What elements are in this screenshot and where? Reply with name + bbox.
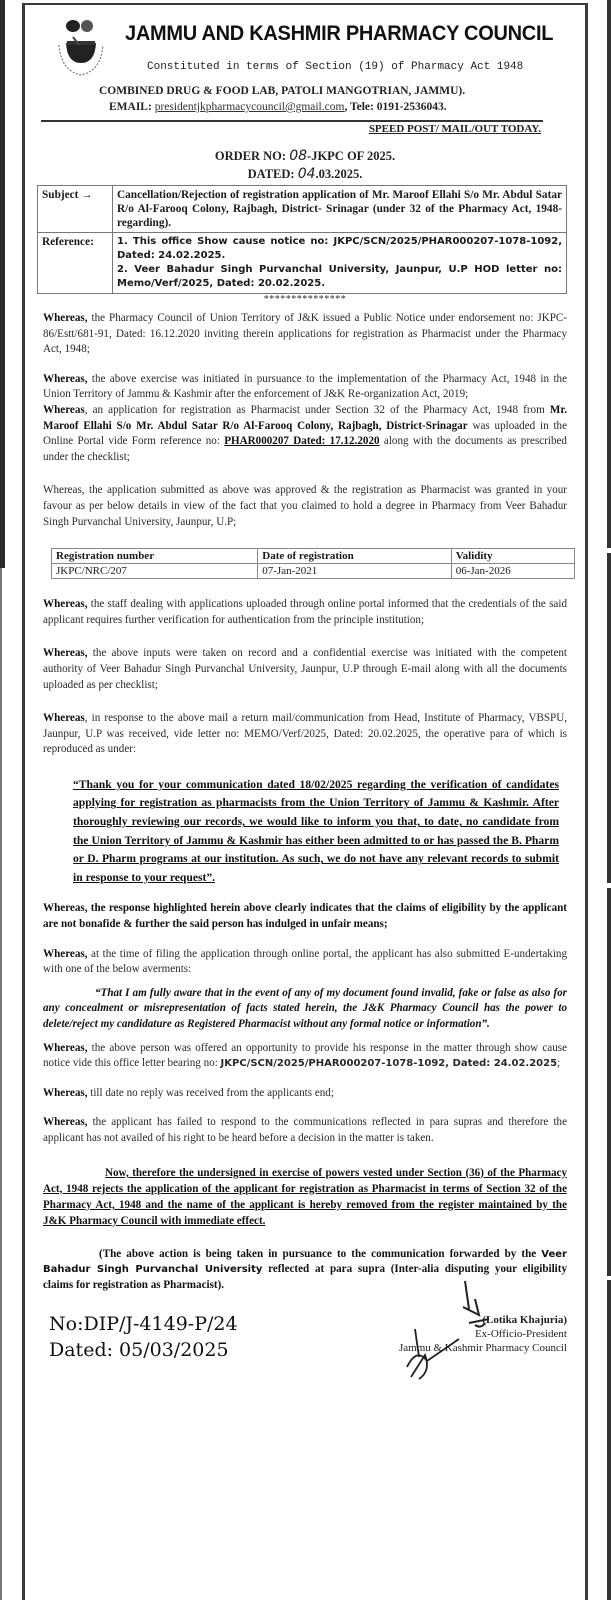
contact-line: EMAIL: presidentjkpharmacycouncil@gmail.… (109, 101, 447, 113)
registration-validity: 06-Jan-2026 (451, 564, 574, 579)
order-prefix: ORDER NO: (215, 149, 289, 163)
whereas-verification-required: Whereas, the staff dealing with applicat… (43, 597, 567, 628)
council-title: JAMMU AND KASHMIR PHARMACY COUNCIL (125, 21, 553, 46)
whereas-show-cause: Whereas, the above person was offered an… (43, 1041, 567, 1072)
scan-edge-right (607, 888, 611, 1276)
col-registration-number: Registration number (52, 549, 258, 564)
order-number-line: ORDER NO: 08-JKPC OF 2025. (25, 147, 585, 165)
mortar-pestle-emblem-icon (51, 15, 111, 81)
scan-edge-right (607, 1280, 611, 1600)
operative-order: Now, therefore the undersigned in exerci… (43, 1165, 567, 1229)
order-suffix: -JKPC OF 2025. (307, 149, 395, 163)
signatory-org: Jammu & Kashmir Pharmacy Council (399, 1341, 567, 1355)
whereas-e-undertaking: Whereas, at the time of filing the appli… (43, 947, 567, 978)
dated-rest: .03.2025. (316, 167, 363, 181)
scan-edge-left (0, 0, 5, 568)
scan-edge-right (607, 0, 611, 548)
telephone: , Tele: 0191-2536043. (344, 101, 446, 113)
signatory-name: (Lotika Khajuria) (399, 1313, 567, 1327)
registration-date: 07-Jan-2021 (258, 564, 451, 579)
table-row: JKPC/NRC/207 07-Jan-2021 06-Jan-2026 (52, 564, 575, 579)
order-document: JAMMU AND KASHMIR PHARMACY COUNCIL Const… (22, 3, 588, 1600)
scan-edge-left-line (0, 568, 2, 1600)
whereas-return-mail: Whereas, in response to the above mail a… (43, 711, 567, 758)
registration-number: JKPC/NRC/207 (52, 564, 258, 579)
dispatch-mode: SPEED POST/ MAIL/OUT TODAY. (369, 123, 541, 135)
signatory-title: Ex-Officio-President (399, 1327, 567, 1341)
university-reply-quote: “Thank you for your communication dated … (73, 776, 559, 888)
order-date-line: DATED: 04.03.2025. (25, 165, 585, 183)
registration-table-header: Registration number Date of registration… (52, 549, 575, 564)
whereas-registration-granted: Whereas, the application submitted as ab… (43, 483, 567, 530)
dated-label: DATED: (248, 167, 298, 181)
reference-list: 1. This office Show cause notice no: JKP… (113, 233, 567, 294)
subject-text: Cancellation/Rejection of registration a… (113, 186, 567, 233)
footer: No:DIP/J-4149-P/24 Dated: 05/03/2025 (Lo… (25, 1293, 585, 1393)
subject-label: Subject → (38, 186, 113, 233)
whereas-failed-to-respond: Whereas, the applicant has failed to res… (43, 1115, 567, 1146)
scan-edge-right (607, 553, 611, 883)
subject-reference-table: Subject → Cancellation/Rejection of regi… (37, 185, 567, 294)
reference-row: Reference: 1. This office Show cause not… (38, 233, 567, 294)
council-address: COMBINED DRUG & FOOD LAB, PATOLI MANGOTR… (99, 85, 465, 97)
col-date-of-registration: Date of registration (258, 549, 451, 564)
whereas-no-reply: Whereas, till date no reply was received… (43, 1086, 567, 1102)
order-heading: ORDER NO: 08-JKPC OF 2025. DATED: 04.03.… (25, 147, 585, 183)
separator-stars: *************** (25, 294, 585, 305)
header-divider (41, 120, 543, 122)
undertaking-quote: “That I am fully aware that in the event… (43, 986, 567, 1033)
reference-item: 1. This office Show cause notice no: JKP… (117, 235, 562, 263)
reference-item: 2. Veer Bahadur Singh Purvanchal Univers… (117, 263, 562, 291)
subject-row: Subject → Cancellation/Rejection of regi… (38, 186, 567, 233)
whereas-confidential-exercise: Whereas, the above inputs were taken on … (43, 646, 567, 693)
signatory-block: (Lotika Khajuria) Ex-Officio-President J… (399, 1313, 567, 1355)
email-link[interactable]: presidentjkpharmacycouncil@gmail.com (155, 101, 345, 113)
reference-label: Reference: (38, 233, 113, 294)
col-validity: Validity (451, 549, 574, 564)
dip-reference: No:DIP/J-4149-P/24 Dated: 05/03/2025 (49, 1311, 238, 1363)
council-subtitle: Constituted in terms of Section (19) of … (147, 61, 523, 73)
dip-number: No:DIP/J-4149-P/24 (49, 1311, 238, 1337)
order-number: 08 (289, 148, 307, 164)
registration-table: Registration number Date of registration… (51, 548, 575, 579)
email-label: EMAIL: (109, 101, 152, 113)
dip-date: Dated: 05/03/2025 (49, 1337, 238, 1363)
dated-day: 04 (298, 166, 316, 182)
letterhead: JAMMU AND KASHMIR PHARMACY COUNCIL Const… (25, 5, 585, 137)
whereas-exercise-initiated: Whereas, the above exercise was initiate… (43, 372, 567, 403)
whereas-claims-not-bonafide: Whereas, the response highlighted herein… (43, 901, 567, 932)
whereas-application-uploaded: Whereas, an application for registration… (43, 403, 567, 465)
whereas-public-notice: Whereas, the Pharmacy Council of Union T… (43, 311, 567, 358)
